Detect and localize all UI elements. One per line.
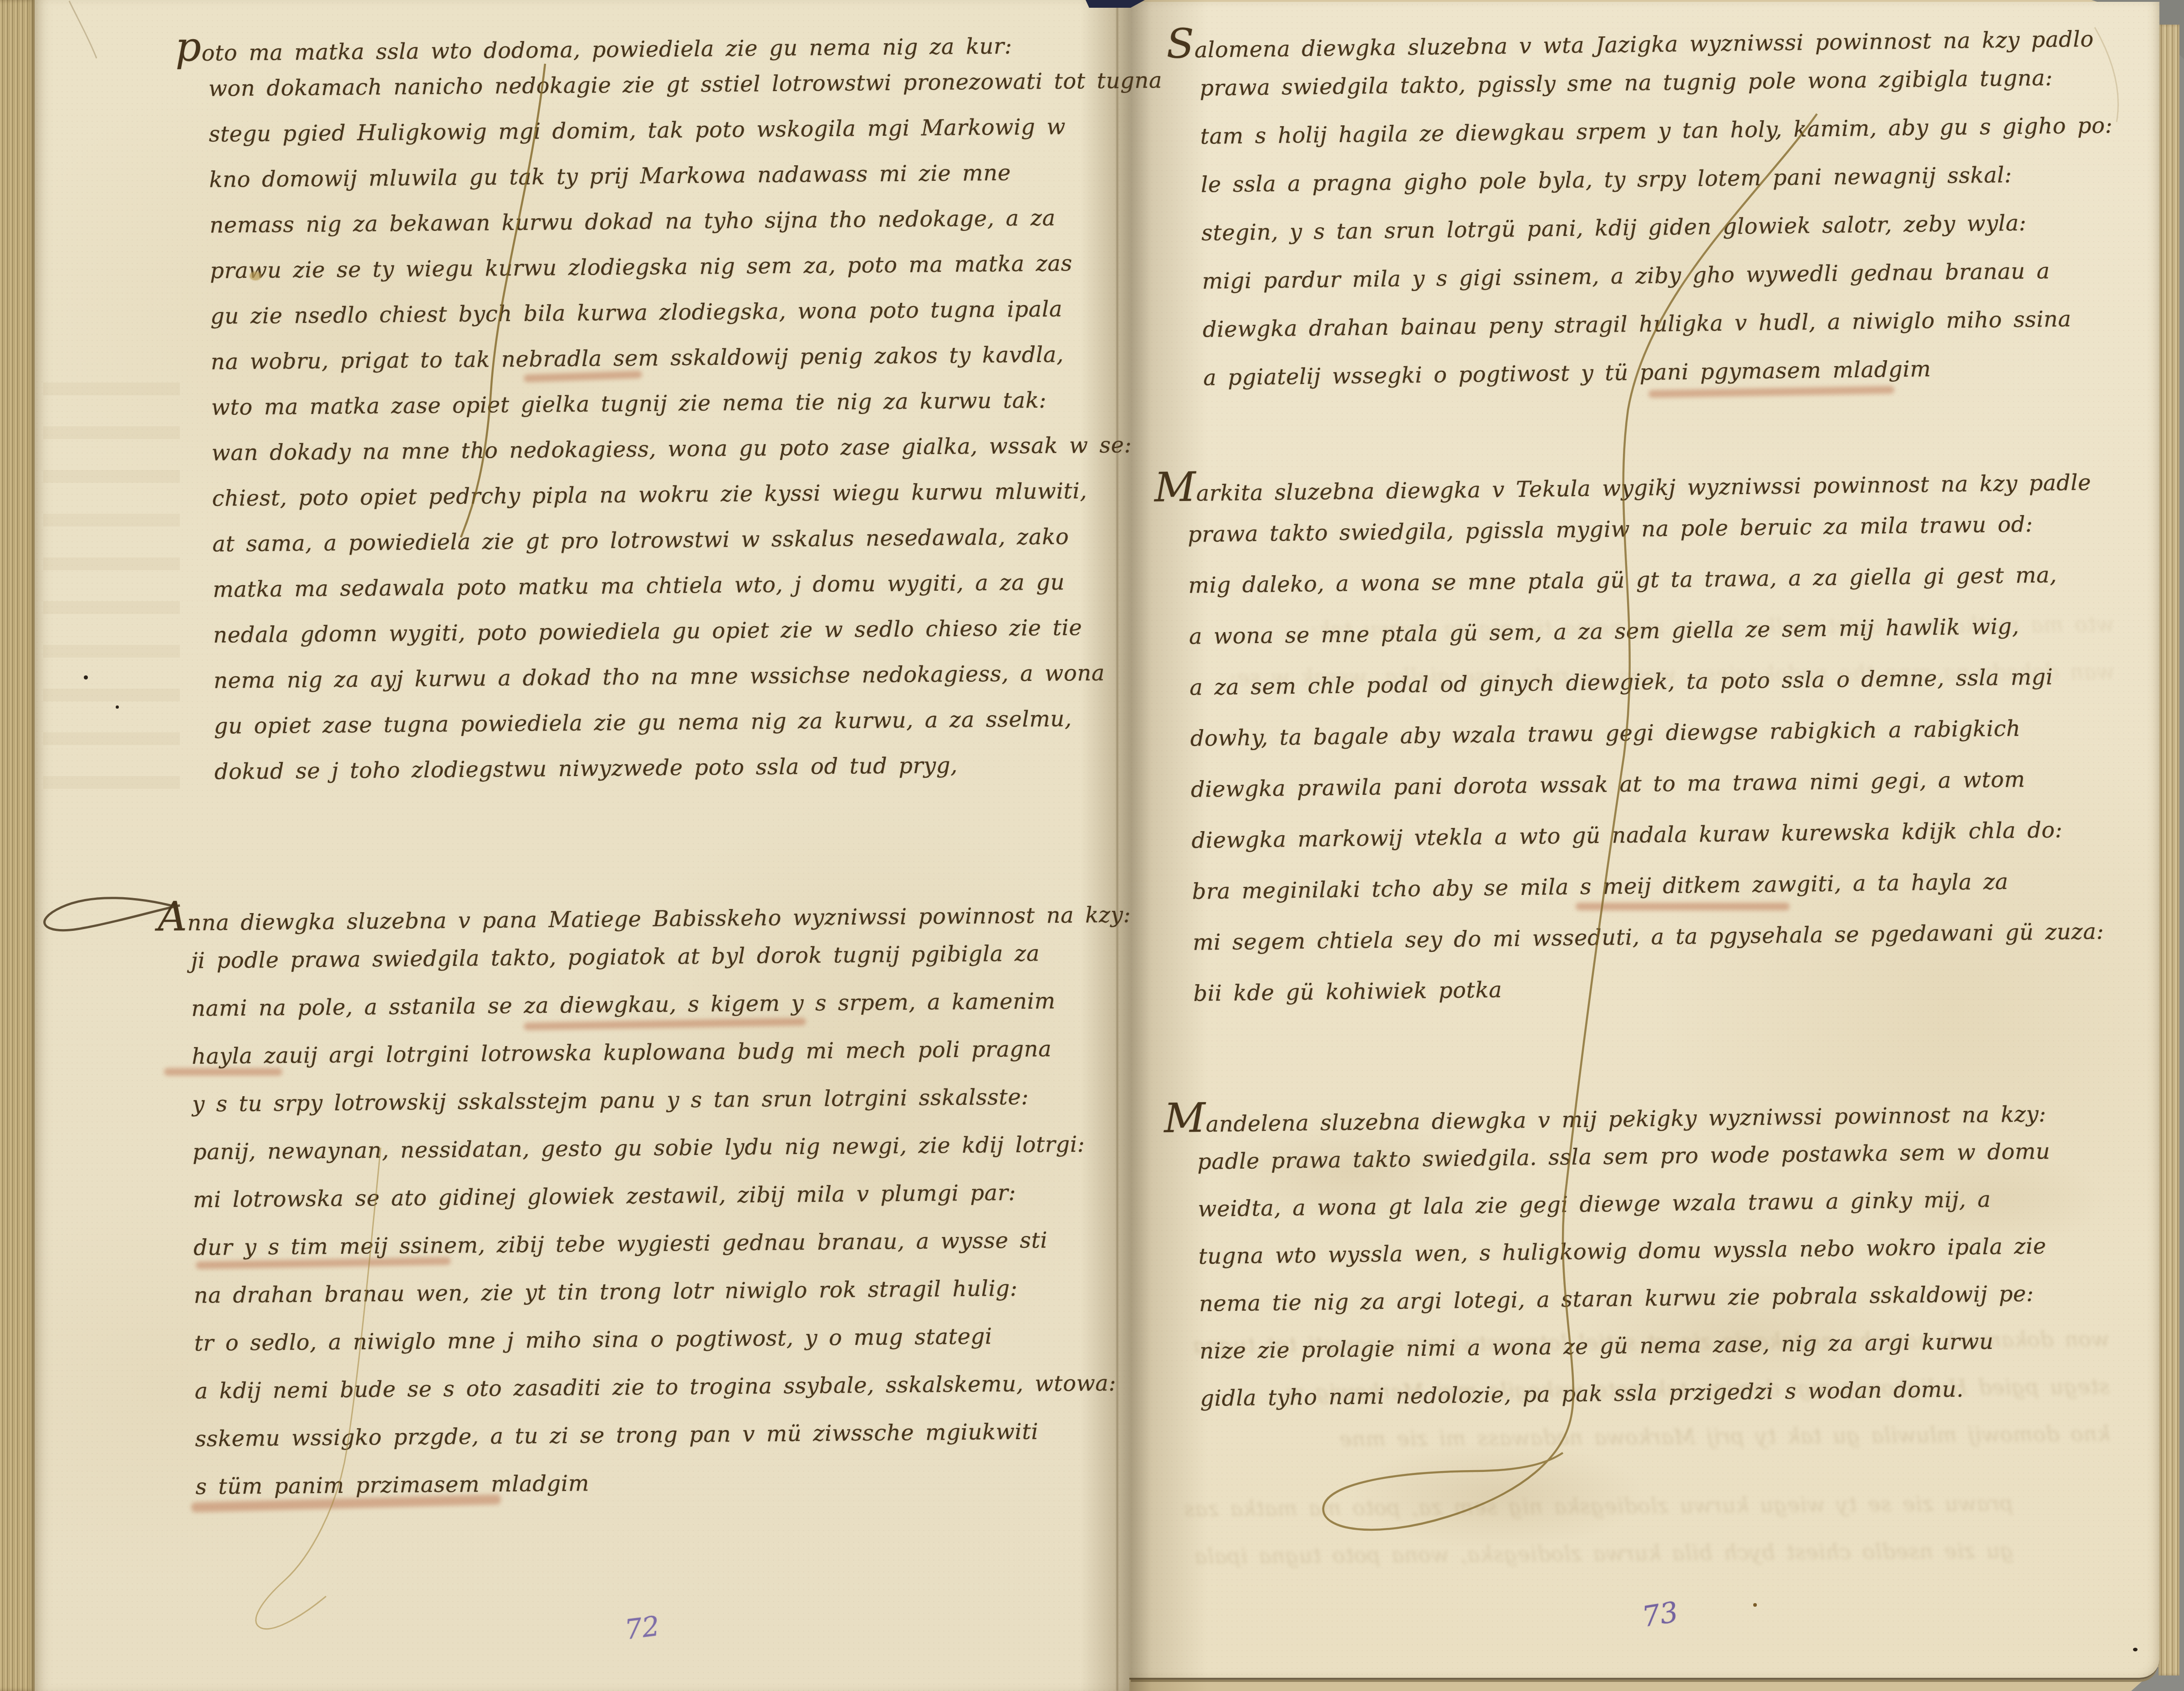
manuscript-line: gu opiet zase tugna powiediela zie gu ne…: [181, 705, 1168, 760]
manuscript-line: a kdij nemi bude se s oto zasaditi zie t…: [162, 1370, 1135, 1427]
manuscript-line: gu zie nsedlo chiest bych bila kurwa zlo…: [178, 296, 1164, 350]
manuscript-line: nema nig za ayj kurwu a dokad tho na mne…: [181, 660, 1168, 714]
manuscript-line: won dokamach nanicho nedokagie zie gt ss…: [175, 68, 1162, 122]
manuscript-line: sskemu wssigko przgde, a tu zi se trong …: [162, 1418, 1136, 1475]
ink-speck: [2133, 1648, 2138, 1651]
testimony-paragraph: Salomena diewgka sluzebna v wta Jazigka …: [1166, 16, 2116, 414]
manuscript-line: Anna diewgka sluzebna v pana Matiege Bab…: [158, 892, 1131, 949]
manuscript-line: dokud se j toho zlodiegstwu niwyzwede po…: [182, 751, 1169, 805]
manuscript-line: na drahan branau wen, zie yt tin trong l…: [161, 1275, 1134, 1331]
manuscript-line: stegu pgied Huligkowig mgi domim, tak po…: [176, 113, 1163, 168]
manuscript-line: at sama, a powiediela zie gt pro lotrows…: [179, 523, 1166, 577]
manuscript-line: dur y s tim meij ssinem, zibij tebe wygi…: [160, 1227, 1134, 1283]
manuscript-line: panij, newaynan, nessidatan, gesto gu so…: [160, 1131, 1133, 1188]
manuscript-scan: won dokamach nanicho nedokagie zie gt ss…: [0, 0, 2184, 1691]
fore-edge-right: [2158, 25, 2179, 1676]
manuscript-line: prawu zie se ty wiegu kurwu zlodiegska n…: [177, 250, 1164, 304]
manuscript-line: wan dokady na mne tho nedokagiess, wona …: [179, 432, 1165, 486]
manuscript-line: nedala gdomn wygiti, poto powiediela gu …: [180, 614, 1167, 669]
ink-stain: [250, 271, 261, 281]
ghost-line: prawu zie se ty wiegu kurwu zlodiegska n…: [1184, 1491, 2013, 1544]
folio-number-left: 72: [623, 1610, 661, 1646]
fore-edge-left: [0, 0, 36, 1691]
manuscript-line: kno domowij mluwila gu tak ty prij Marko…: [176, 159, 1163, 213]
ink-speck: [116, 705, 119, 709]
manuscript-line: hayla zauij argi lotrgini lotrowska kupl…: [159, 1036, 1133, 1092]
folio-number-right: 73: [1640, 1595, 1680, 1633]
manuscript-line: matka ma sedawala poto matku ma chtiela …: [180, 569, 1167, 623]
ink-speck: [1753, 1603, 1757, 1607]
manuscript-line: s tüm panim przimasem mladgim: [163, 1466, 1136, 1522]
bleedthrough-ghost: prawu zie se ty wiegu kurwu zlodiegska n…: [1184, 1491, 2014, 1592]
manuscript-line: chiest, poto opiet pedrchy pipla na wokr…: [179, 478, 1166, 532]
manuscript-line: ji podle prawa swiedgila takto, pogiatok…: [158, 940, 1132, 996]
manuscript-line: na wobru, prigat to tak nebradla sem ssk…: [178, 341, 1165, 395]
manuscript-line: wto ma matka zase opiet gielka tugnij zi…: [179, 387, 1165, 441]
manuscript-line: y s tu srpy lotrowskij sskalsstejm panu …: [159, 1083, 1133, 1140]
testimony-paragraph: poto ma matka ssla wto dodoma, powiediel…: [175, 22, 1169, 805]
ink-speck: [84, 675, 88, 679]
manuscript-line: poto ma matka ssla wto dodoma, powiediel…: [175, 22, 1162, 77]
ghost-line: gu zie nsedlo chiest bych bila kurwa zlo…: [1184, 1538, 2014, 1592]
testimony-paragraph: Mandelena sluzebna diewgka v mij pekigky…: [1164, 1091, 2054, 1434]
bleedthrough-patch: [43, 373, 180, 820]
testimony-paragraph: Anna diewgka sluzebna v pana Matiege Bab…: [158, 892, 1136, 1522]
manuscript-line: nemass nig za bekawan kurwu dokad na tyh…: [177, 204, 1163, 259]
manuscript-line: mi lotrowska se ato gidinej glowiek zest…: [160, 1179, 1134, 1236]
testimony-paragraph: Markita sluzebna diewgka v Tekula wygikj…: [1154, 460, 2105, 1032]
manuscript-line: nami na pole, a sstanila se za diewgkau,…: [158, 988, 1132, 1044]
manuscript-line: tr o sedlo, a niwiglo mne j miho sina o …: [161, 1323, 1135, 1379]
